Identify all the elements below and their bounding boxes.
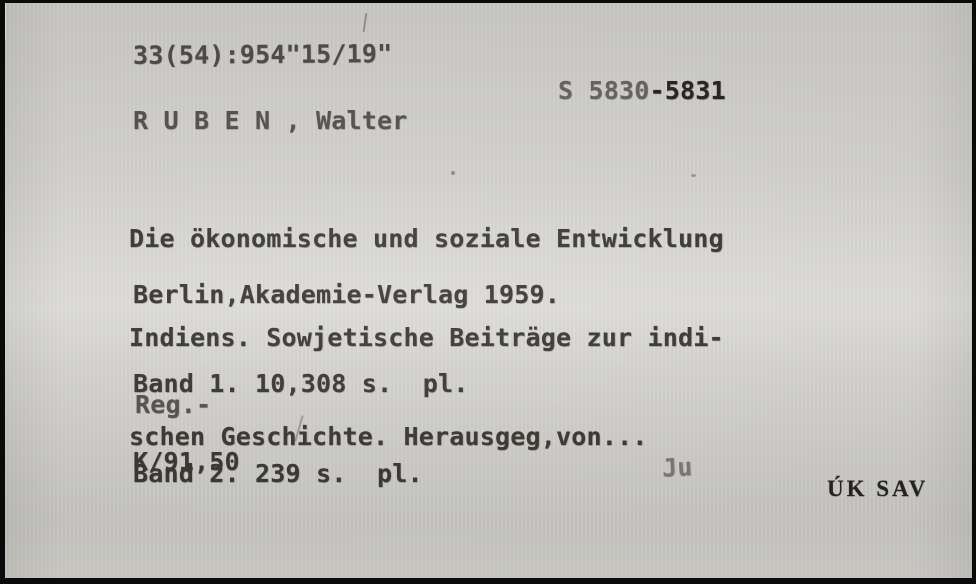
shelfmark: S 5830-5831	[558, 75, 726, 106]
register-note: Reg.-	[135, 389, 211, 420]
library-stamp: ÚK SAV	[827, 476, 928, 502]
pen-mark	[363, 13, 368, 32]
paper-crease	[5, 3, 6, 39]
shelfmark-prefix: S 5830	[558, 76, 650, 105]
price-code: K/91,50	[133, 446, 240, 477]
volume-collation: Band 1. 10,308 s. pl. Band 2. 239 s. pl.	[133, 309, 469, 549]
classification-number: 33(54):954"15/19"	[133, 38, 392, 71]
author-heading: R U B E N , Walter	[133, 105, 408, 136]
cataloguer-initials: Ju	[661, 451, 693, 484]
imprint-line: Berlin,Akademie-Verlag 1959.	[133, 279, 560, 310]
shelfmark-suffix: -5831	[650, 76, 726, 105]
title-line: Die ökonomische und soziale Entwicklung	[129, 222, 724, 255]
library-catalog-card: 33(54):954"15/19" S 5830-5831 R U B E N …	[5, 3, 972, 578]
